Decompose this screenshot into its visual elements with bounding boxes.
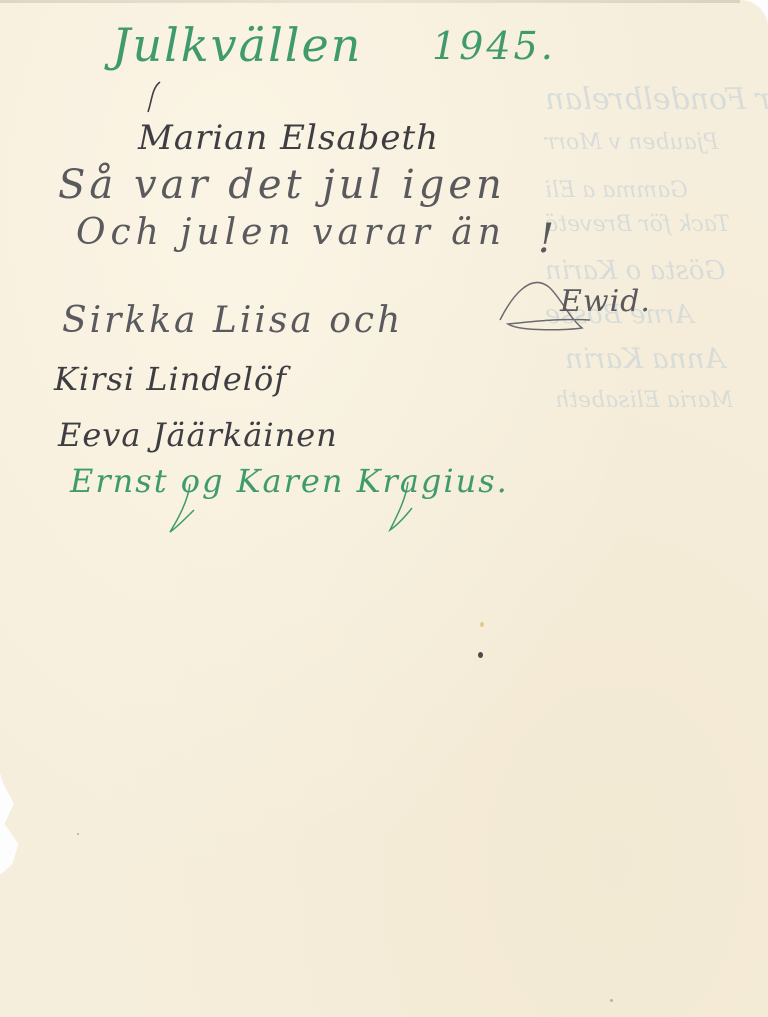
- paper-speck: [610, 999, 613, 1002]
- bleed-through-line: Anna Karin: [565, 342, 725, 375]
- verse-names: Marian Elsabeth: [138, 118, 439, 158]
- paper-speck: [77, 833, 79, 835]
- signature-line: Eeva Jäärkäinen: [58, 416, 338, 454]
- verse-signature: Ewid.: [560, 284, 651, 319]
- pen-stroke-decoration: [160, 480, 220, 540]
- pen-stroke-decoration: [378, 478, 438, 538]
- signature-line: Kirsi Lindelöf: [54, 360, 287, 398]
- paper-speck: [480, 622, 484, 627]
- paper-page: Onsk er Fondelbrelan Pjauben v Morr Gamm…: [0, 0, 768, 1017]
- bleed-through-line: Pjauben v Morr: [545, 130, 718, 155]
- signature-line: Sirkka Liisa och: [62, 300, 403, 341]
- bleed-through-line: Onsk er Fondelbrelan: [545, 82, 768, 117]
- heading-title: Julkvällen: [112, 18, 362, 72]
- verse-line-1: Så var det jul igen: [58, 162, 506, 208]
- bleed-through-line: Maria Elisabeth: [555, 388, 733, 413]
- heading-year: 1945.: [432, 24, 556, 68]
- signature-line: Ernst og Karen Kragius.: [70, 462, 509, 500]
- paper-top-edge: [0, 0, 740, 3]
- verse-line-2: Och julen varar än: [76, 212, 506, 253]
- pen-stroke-decoration: [140, 78, 180, 118]
- verse-exclamation: !: [538, 216, 555, 262]
- bleed-through-line: Gamma a Eli: [545, 178, 688, 203]
- ink-speck: [478, 652, 483, 658]
- bleed-through-line: Tack för Brevetö: [545, 212, 730, 237]
